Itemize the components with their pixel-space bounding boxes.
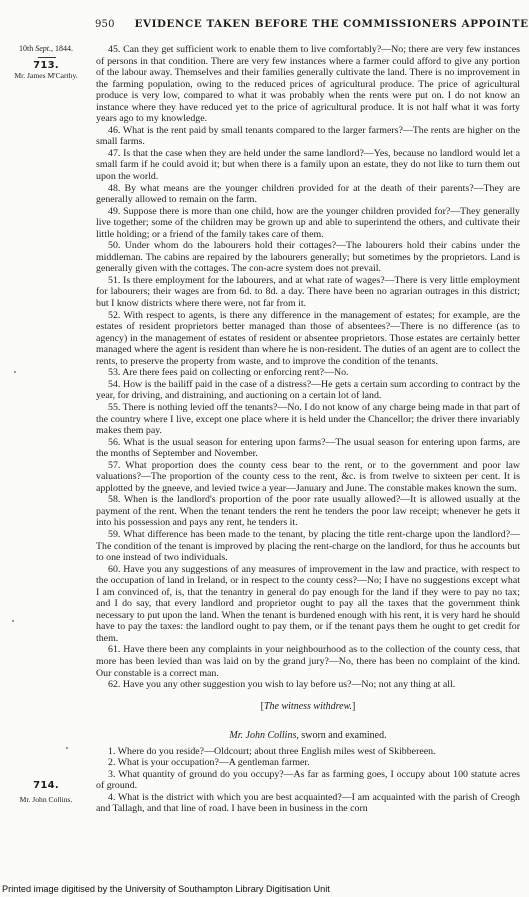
paragraph-q54: 54. How is the bailiff paid in the case …: [96, 379, 520, 402]
paragraph-q60: 60. Have you any suggestions of any meas…: [96, 564, 520, 645]
witness-name-mccarthy: Mr. James M'Carthy.: [0, 71, 92, 80]
witness-number-713: 713.: [0, 60, 92, 71]
paragraph-q53: 53. Are there fees paid on collecting or…: [96, 367, 520, 379]
paragraph-q49: 49. Suppose there is more than one child…: [96, 206, 520, 241]
scan-speck: [14, 371, 16, 373]
witness-withdrew-note: [The witness withdrew.]: [96, 701, 520, 713]
page-title: EVIDENCE TAKEN BEFORE THE COMMISSIONERS …: [135, 18, 529, 30]
paragraph-q56: 56. What is the usual season for enterin…: [96, 437, 520, 460]
paragraph-collins-q3: 3. What quantity of ground do you occupy…: [96, 769, 520, 792]
paragraph-collins-q4: 4. What is the district with which you a…: [96, 792, 520, 815]
witness-number-714: 714.: [0, 780, 92, 791]
paragraph-q55: 55. There is nothing levied off the tena…: [96, 402, 520, 437]
sworn-witness-name: Mr. John Collins,: [229, 730, 298, 741]
margin-rule: [38, 57, 56, 58]
running-header: 950 EVIDENCE TAKEN BEFORE THE COMMISSION…: [95, 18, 520, 30]
paragraph-q61: 61. Have there been any complaints in yo…: [96, 644, 520, 679]
paragraph-q47: 47. Is that the case when they are held …: [96, 148, 520, 183]
paragraph-q46: 46. What is the rent paid by small tenan…: [96, 125, 520, 148]
paragraph-q57: 57. What proportion does the county cess…: [96, 460, 520, 495]
paragraph-q58: 58. When is the landlord's proportion of…: [96, 494, 520, 529]
paragraph-collins-q2: 2. What is your occupation?—A gentleman …: [96, 757, 520, 769]
date-month: Sept.: [35, 44, 51, 53]
paragraph-q45: 45. Can they get sufficient work to enab…: [96, 44, 520, 125]
document-page: 950 EVIDENCE TAKEN BEFORE THE COMMISSION…: [0, 0, 529, 897]
withdrew-text: The witness withdrew.: [264, 701, 352, 712]
date-day: 10th: [19, 44, 33, 53]
paragraph-q52: 52. With respect to agents, is there any…: [96, 310, 520, 368]
scan-speck: [12, 620, 14, 622]
sworn-heading: Mr. John Collins, sworn and examined.: [96, 730, 520, 742]
paragraph-q50: 50. Under whom do the labourers hold the…: [96, 240, 520, 275]
evidence-body: 45. Can they get sufficient work to enab…: [96, 44, 520, 815]
paragraph-collins-q1: 1. Where do you reside?—Oldcourt; about …: [96, 746, 520, 758]
date-year: , 1844.: [51, 44, 73, 53]
margin-date: 10th Sept., 1844.: [0, 44, 92, 53]
scan-speck: [66, 747, 68, 749]
paragraph-q59: 59. What difference has been made to the…: [96, 529, 520, 564]
witness-name-collins: Mr. John Collins.: [0, 795, 92, 804]
sworn-text: sworn and examined.: [299, 730, 387, 741]
page-number: 950: [95, 19, 131, 30]
paragraph-q51: 51. Is there employment for the labourer…: [96, 275, 520, 310]
digitisation-credit: Printed image digitised by the Universit…: [2, 884, 330, 894]
paragraph-q48: 48. By what means are the younger childr…: [96, 183, 520, 206]
paragraph-q62: 62. Have you any other suggestion you wi…: [96, 679, 520, 691]
